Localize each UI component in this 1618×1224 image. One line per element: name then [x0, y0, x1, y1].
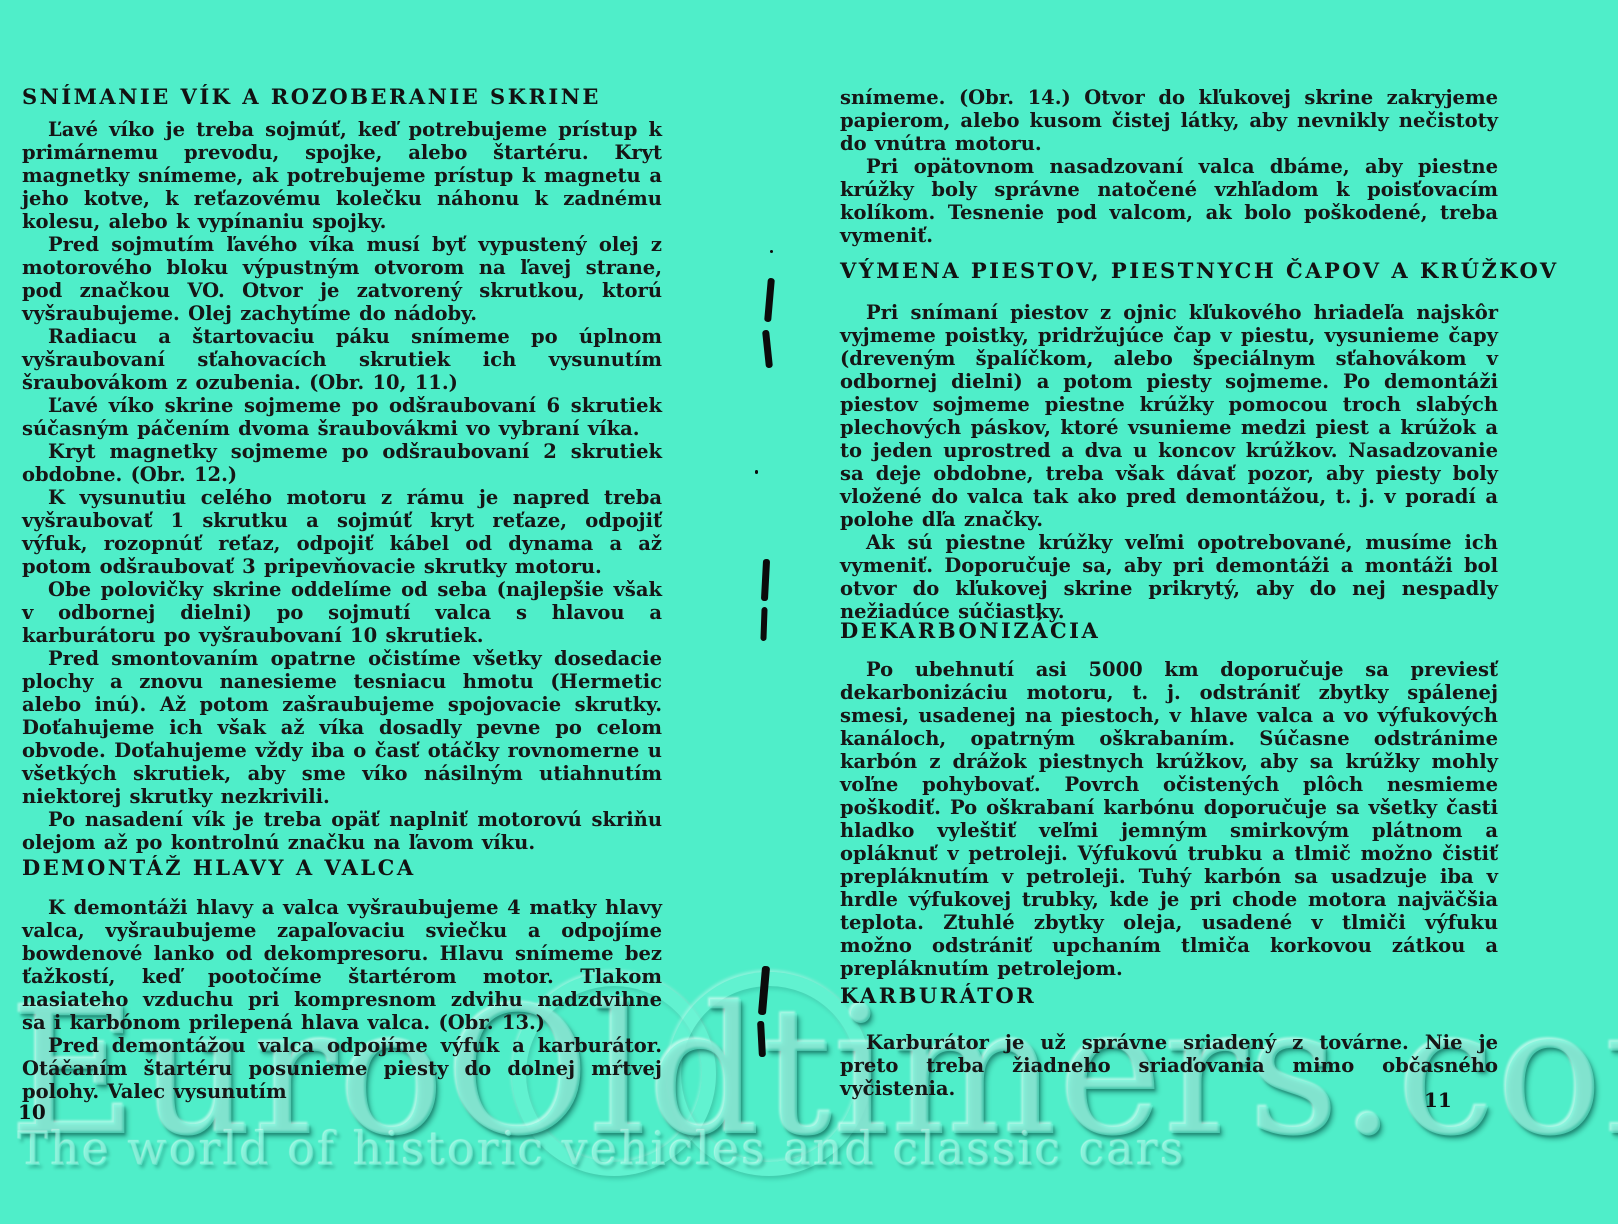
ink-mark: [761, 559, 770, 601]
paragraph: Ľavé víko je treba sojmúť, keď potrebuje…: [22, 118, 662, 233]
left-page-body-1: Ľavé víko je treba sojmúť, keď potrebuje…: [22, 118, 662, 854]
paragraph: Po nasadení vík je treba opäť naplniť mo…: [22, 808, 662, 854]
paragraph: Pred demontážou valca odpojíme výfuk a k…: [22, 1034, 662, 1103]
right-page: DEKARBONIZÁCIA: [840, 618, 1100, 643]
paragraph: Pred sojmutím ľavého víka musí byť vypus…: [22, 233, 662, 325]
page-number-right: 11: [1424, 1088, 1452, 1112]
ink-mark: [764, 278, 775, 322]
paragraph: Radiacu a štartovaciu páku snímeme po úp…: [22, 325, 662, 394]
paragraph: Kryt magnetky sojmeme po odšraubovaní 2 …: [22, 440, 662, 486]
section-heading-karburator: KARBURÁTOR: [840, 983, 1036, 1008]
right-page-body-1: Pri snímaní piestov z ojnic kľukového hr…: [840, 301, 1498, 623]
paragraph: Po ubehnutí asi 5000 km doporučuje sa pr…: [840, 658, 1498, 980]
right-page: KARBURÁTOR: [840, 983, 1036, 1008]
scanned-book-spread: EuroOldtimers.com The world of historic …: [0, 0, 1618, 1224]
right-page: VÝMENA PIESTOV, PIESTNYCH ČAPOV A KRÚŽKO…: [840, 258, 1559, 283]
left-page: DEMONTÁŽ HLAVY A VALCA: [22, 855, 416, 880]
right-page-body-0: snímeme. (Obr. 14.) Otvor do kľukovej sk…: [840, 86, 1498, 247]
ink-speck: [770, 250, 773, 253]
paragraph: K vysunutiu celého motoru z rámu je napr…: [22, 486, 662, 578]
watermark-tagline: The world of historic vehicles and class…: [18, 1124, 1186, 1175]
section-heading-vymena-piestov: VÝMENA PIESTOV, PIESTNYCH ČAPOV A KRÚŽKO…: [840, 258, 1559, 283]
left-page: SNÍMANIE VÍK A ROZOBERANIE SKRINE: [22, 84, 601, 109]
ink-mark: [762, 330, 773, 369]
paragraph: Karburátor je už správne sriadený z tová…: [840, 1031, 1498, 1100]
right-page-body-2: Po ubehnutí asi 5000 km doporučuje sa pr…: [840, 658, 1498, 980]
section-heading-dekarbonizacia: DEKARBONIZÁCIA: [840, 618, 1100, 643]
section-heading-snimanie-vik: SNÍMANIE VÍK A ROZOBERANIE SKRINE: [22, 84, 601, 109]
paragraph: snímeme. (Obr. 14.) Otvor do kľukovej sk…: [840, 86, 1498, 155]
paragraph: Obe polovičky skrine oddelíme od seba (n…: [22, 578, 662, 647]
right-page-body-3: Karburátor je už správne sriadený z tová…: [840, 1031, 1498, 1100]
section-heading-demontaz-hlavy: DEMONTÁŽ HLAVY A VALCA: [22, 855, 416, 880]
paragraph: K demontáži hlavy a valca vyšraubujeme 4…: [22, 896, 662, 1034]
page-number-left: 10: [18, 1100, 46, 1124]
paragraph: Pri snímaní piestov z ojnic kľukového hr…: [840, 301, 1498, 531]
left-page-body-2: K demontáži hlavy a valca vyšraubujeme 4…: [22, 896, 662, 1103]
paragraph: Ak sú piestne krúžky veľmi opotrebované,…: [840, 531, 1498, 623]
paragraph: Pri opätovnom nasadzovaní valca dbáme, a…: [840, 155, 1498, 247]
paragraph: Pred smontovaním opatrne očistíme všetky…: [22, 647, 662, 808]
ink-speck: [755, 470, 758, 474]
paragraph: Ľavé víko skrine sojmeme po odšraubovaní…: [22, 394, 662, 440]
ink-mark: [760, 607, 767, 641]
